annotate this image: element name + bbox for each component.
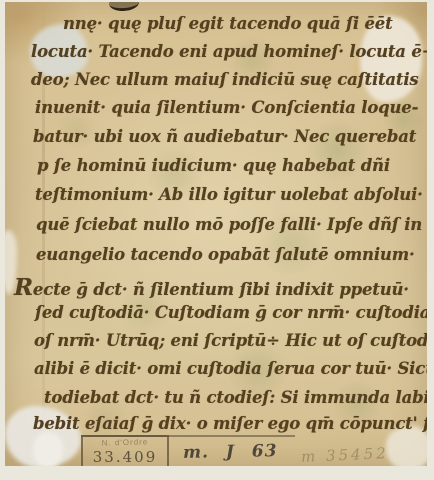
damage-patch-bottom-left-inner (33, 432, 63, 466)
collection-stamp: N. d'Ordre 33.409 (81, 435, 169, 466)
manuscript-line-15: bebit eſaiaſ ḡ dix· o miſer ego qm̄ cōpu… (33, 414, 427, 433)
manuscript-line-10: Recte ḡ dct· ñ ſilentium ſibi indixit pp… (14, 274, 409, 301)
trimmed-line-remnant (108, 2, 139, 12)
manuscript-line-13: alibi ē dicit· omi cuſtodia ſerua cor tu… (34, 359, 427, 378)
manuscript-line-11: ſed cuſtodiā· Cuſtodiam ḡ cor nrm̄· cuſt… (35, 303, 427, 322)
stamp-label: N. d'Ordre (83, 437, 167, 448)
manuscript-line-4: inuenit· quia ſilentium· Conſcientia loq… (35, 98, 418, 117)
manuscript-line-6: p ſe hominū iudicium· quę habebat dñi (37, 156, 390, 175)
manuscript-line-1: nnę· quę pluſ egit tacendo quā ſi ēēt (63, 14, 393, 33)
manuscript-line-3: deo; Nec ullum maiuſ indiciū suę caſtita… (31, 70, 419, 89)
catalog-annotation: m. J 63 (183, 441, 278, 463)
manuscript-line-5: batur· ubi uox ñ audiebatur· Nec quereba… (33, 127, 416, 146)
manuscript-line-8: quē ſciebat nullo mō poſſe falli· Ipſe d… (36, 215, 422, 234)
manuscript-line-7: teſtimonium· Ab illo igitur uolebat abſo… (35, 185, 423, 204)
parchment-fragment: nnę· quę pluſ egit tacendo quā ſi ēēt lo… (5, 2, 427, 466)
manuscript-line-9: euangelio tacendo opabāt ſalutē omnium· (36, 245, 415, 264)
stamp-number: 33.409 (83, 448, 167, 466)
manuscript-line-14: todiebat dct· tu ñ ctodieſ: Si immunda l… (44, 388, 427, 407)
manuscript-photo: nnę· quę pluſ egit tacendo quā ſi ēēt lo… (0, 0, 434, 480)
manuscript-line-12: oſ nrm̄· Utrūq; eni ſcriptū÷ Hic ut oſ c… (34, 331, 427, 350)
faint-inventory-number: m 35452 (301, 444, 389, 466)
manuscript-line-2: locuta· Tacendo eni apud homineſ· locuta… (31, 42, 427, 61)
